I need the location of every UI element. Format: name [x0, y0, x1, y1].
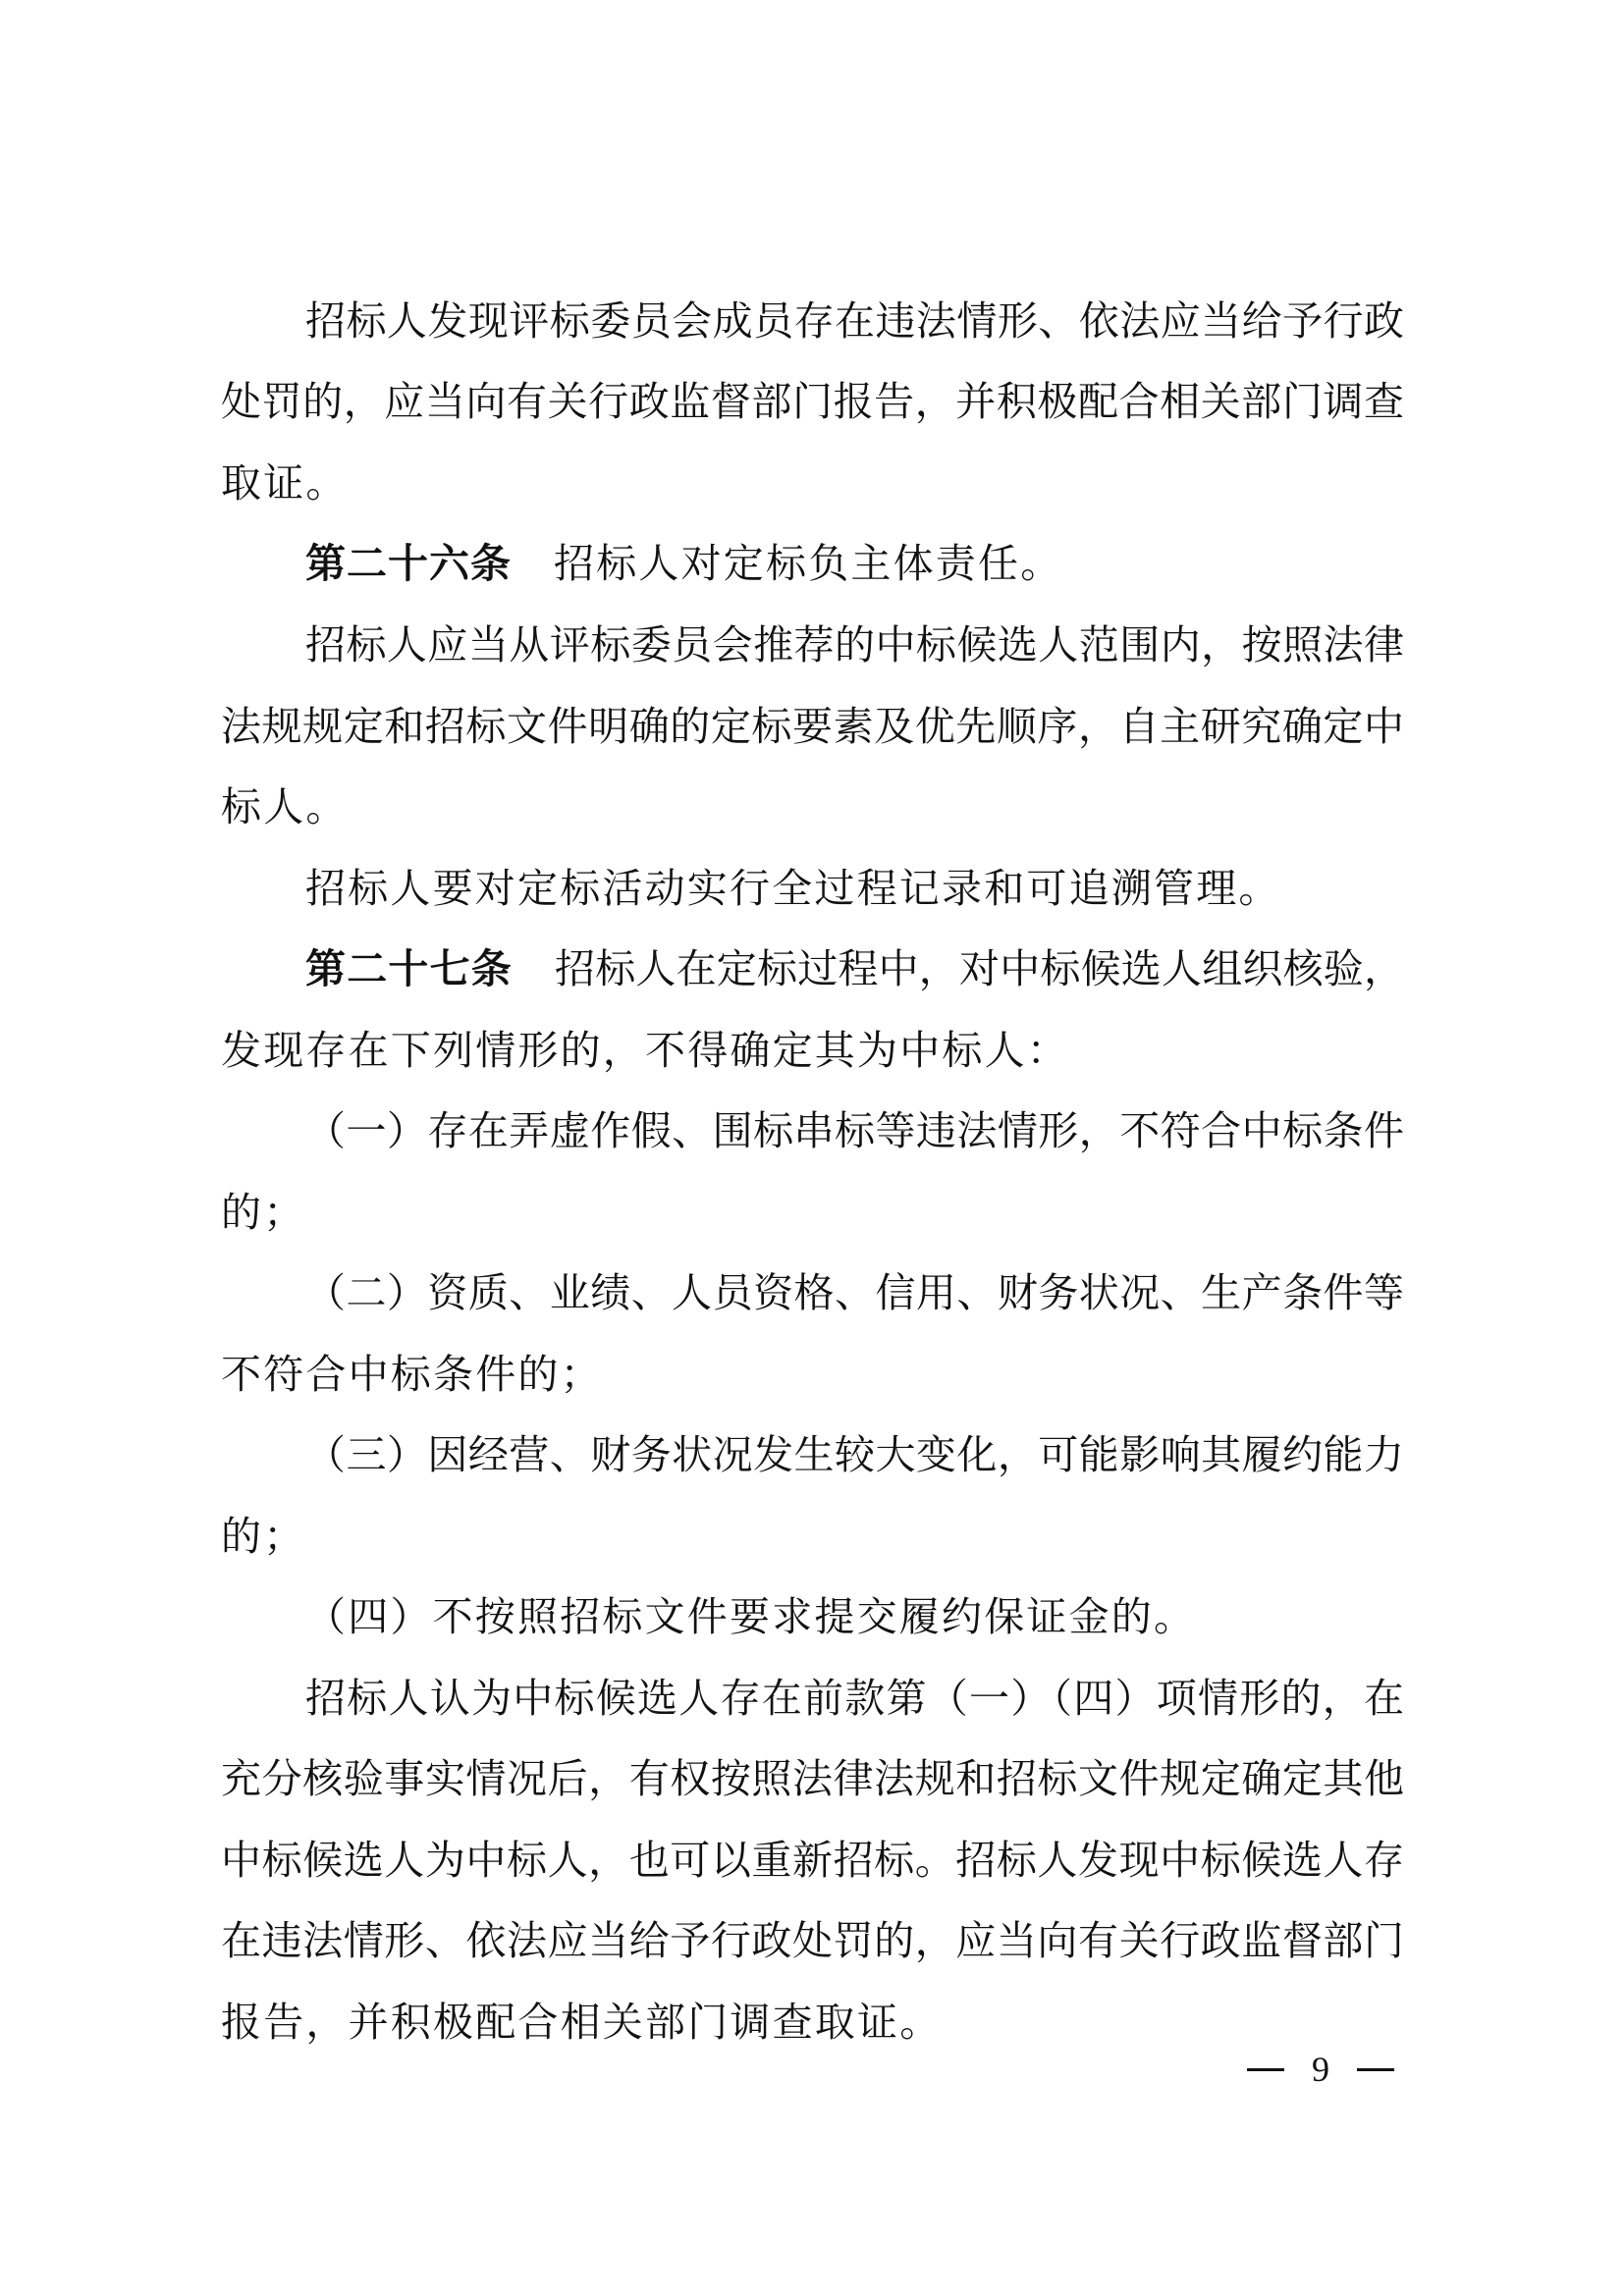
line-text: 充分核验事实情况后，有权按照法律法规和招标文件规定确定其他 — [221, 1755, 1404, 1802]
line-text: 招标人应当从评标委员会推荐的中标候选人范围内，按照法律 — [305, 621, 1404, 668]
line-text: 的； — [221, 1513, 305, 1560]
page-number: 9 — [1247, 2048, 1394, 2091]
line-text: 处罚的，应当向有关行政监督部门报告，并积极配合相关部门调查 — [221, 378, 1404, 425]
article-26-line: 第二十六条招标人对定标负主体责任。 — [305, 539, 1404, 588]
list-item-4: （四）不按照招标文件要求提交履约保证金的。 — [305, 1592, 1404, 1641]
line-text: 报告，并积极配合相关部门调查取证。 — [221, 1999, 942, 2046]
line-text: 在违法情形、依法应当给予行政处罚的，应当向有关行政监督部门 — [221, 1917, 1404, 1964]
article-26-heading: 第二十六条 — [305, 540, 512, 587]
paragraph-line: 在违法情形、依法应当给予行政处罚的，应当向有关行政监督部门 — [221, 1916, 1404, 1965]
list-item-1-cont: 的； — [221, 1188, 1404, 1237]
document-page: 招标人发现评标委员会成员存在违法情形、依法应当给予行政 处罚的，应当向有关行政监… — [0, 0, 1624, 2296]
article-27-line: 第二十七条招标人在定标过程中，对中标候选人组织核验， — [305, 944, 1404, 993]
line-text: 招标人对定标负主体责任。 — [554, 540, 1062, 587]
line-text: 中标候选人为中标人，也可以重新招标。招标人发现中标候选人存 — [221, 1837, 1404, 1884]
paragraph-line: 发现存在下列情形的，不得确定其为中标人： — [221, 1026, 1404, 1075]
line-text: （一）存在弄虚作假、围标串标等违法情形，不符合中标条件 — [305, 1107, 1404, 1154]
line-text: （二）资质、业绩、人员资格、信用、财务状况、生产条件等 — [305, 1269, 1404, 1316]
paragraph-line: 报告，并积极配合相关部门调查取证。 — [221, 1998, 1404, 2047]
list-item-2-cont: 不符合中标条件的； — [221, 1350, 1404, 1399]
line-text: 招标人在定标过程中，对中标候选人组织核验， — [555, 945, 1404, 992]
paragraph-line: 招标人认为中标候选人存在前款第（一）（四）项情形的，在 — [305, 1674, 1404, 1723]
line-text: 法规规定和招标文件明确的定标要素及优先顺序，自主研究确定中 — [221, 703, 1404, 750]
line-text: （四）不按照招标文件要求提交履约保证金的。 — [305, 1593, 1196, 1640]
line-text: 发现存在下列情形的，不得确定其为中标人： — [221, 1027, 1069, 1074]
paragraph-line: 标人。 — [221, 782, 1404, 831]
paragraph-line: 法规规定和招标文件明确的定标要素及优先顺序，自主研究确定中 — [221, 702, 1404, 751]
article-27-heading: 第二十七条 — [305, 945, 513, 992]
list-item-2: （二）资质、业绩、人员资格、信用、财务状况、生产条件等 — [305, 1268, 1404, 1317]
line-text: 招标人发现评标委员会成员存在违法情形、依法应当给予行政 — [305, 297, 1404, 345]
list-item-3: （三）因经营、财务状况发生较大变化，可能影响其履约能力 — [305, 1430, 1404, 1479]
line-text: 招标人认为中标候选人存在前款第（一）（四）项情形的，在 — [305, 1675, 1404, 1722]
line-text: 不符合中标条件的； — [221, 1351, 603, 1398]
paragraph-line: 处罚的，应当向有关行政监督部门报告，并积极配合相关部门调查 — [221, 377, 1404, 426]
list-item-3-cont: 的； — [221, 1512, 1404, 1561]
dash-left — [1247, 2068, 1284, 2071]
dash-right — [1357, 2068, 1394, 2071]
line-text: 的； — [221, 1189, 305, 1236]
paragraph-line: 充分核验事实情况后，有权按照法律法规和招标文件规定确定其他 — [221, 1754, 1404, 1803]
paragraph-line: 招标人应当从评标委员会推荐的中标候选人范围内，按照法律 — [305, 620, 1404, 669]
line-text: 取证。 — [221, 459, 349, 507]
paragraph-line: 招标人发现评标委员会成员存在违法情形、依法应当给予行政 — [305, 296, 1404, 346]
paragraph-line: 取证。 — [221, 458, 1404, 507]
line-text: （三）因经营、财务状况发生较大变化，可能影响其履约能力 — [305, 1431, 1404, 1478]
line-text: 标人。 — [221, 783, 349, 830]
paragraph-line: 招标人要对定标活动实行全过程记录和可追溯管理。 — [305, 864, 1404, 913]
line-text: 招标人要对定标活动实行全过程记录和可追溯管理。 — [305, 865, 1281, 912]
paragraph-line: 中标候选人为中标人，也可以重新招标。招标人发现中标候选人存 — [221, 1836, 1404, 1885]
page-number-value: 9 — [1312, 2048, 1329, 2091]
list-item-1: （一）存在弄虚作假、围标串标等违法情形，不符合中标条件 — [305, 1106, 1404, 1155]
